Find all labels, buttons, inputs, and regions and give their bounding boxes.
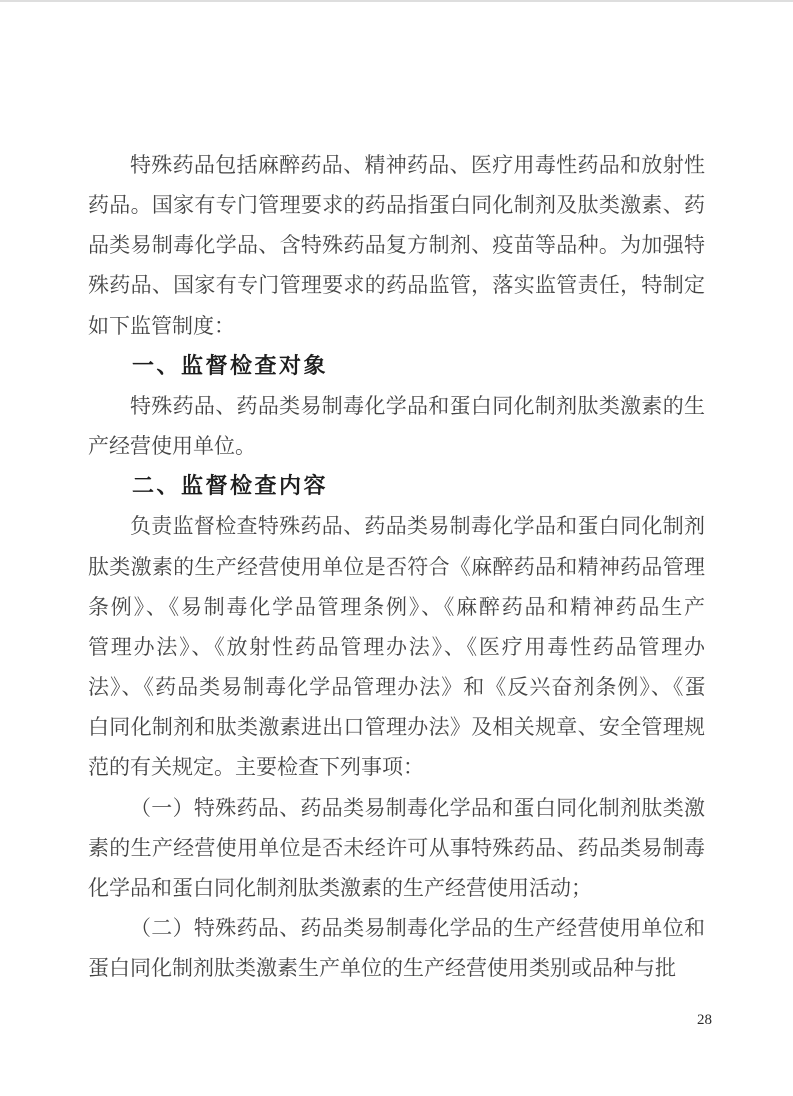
text-line: 白同化制剂和肽类激素进出口管理办法》及相关规章、安全管理规 [88, 707, 705, 747]
text-line: 如下监管制度： [88, 306, 705, 346]
text-line: 范的有关规定。主要检查下列事项： [88, 747, 705, 787]
section-heading: 一、监督检查对象 [88, 346, 705, 386]
text-line: 药品。国家有专门管理要求的药品指蛋白同化制剂及肽类激素、药 [88, 185, 705, 225]
page-edge-line [0, 0, 793, 2]
text-line: 肽类激素的生产经营使用单位是否符合《麻醉药品和精神药品管理 [88, 547, 705, 587]
section-heading: 二、监督检查内容 [88, 466, 705, 506]
text-line: （二）特殊药品、药品类易制毒化学品的生产经营使用单位和 [88, 908, 705, 948]
text-line: 特殊药品、药品类易制毒化学品和蛋白同化制剂肽类激素的生 [88, 386, 705, 426]
text-line: 条例》、《易制毒化学品管理条例》、《麻醉药品和精神药品生产 [88, 587, 705, 627]
page-number: 28 [697, 1010, 712, 1030]
text-line: 法》、《药品类易制毒化学品管理办法》和《反兴奋剂条例》、《蛋 [88, 667, 705, 707]
text-line: 殊药品、国家有专门管理要求的药品监管，落实监管责任，特制定 [88, 265, 705, 305]
text-line: 素的生产经营使用单位是否未经许可从事特殊药品、药品类易制毒 [88, 828, 705, 868]
text-line: 特殊药品包括麻醉药品、精神药品、医疗用毒性药品和放射性 [88, 145, 705, 185]
document-text-block: 特殊药品包括麻醉药品、精神药品、医疗用毒性药品和放射性药品。国家有专门管理要求的… [88, 145, 705, 988]
text-line: 化学品和蛋白同化制剂肽类激素的生产经营使用活动； [88, 868, 705, 908]
text-line: 负责监督检查特殊药品、药品类易制毒化学品和蛋白同化制剂 [88, 506, 705, 546]
text-line: 管理办法》、《放射性药品管理办法》、《医疗用毒性药品管理办 [88, 627, 705, 667]
text-line: （一）特殊药品、药品类易制毒化学品和蛋白同化制剂肽类激 [88, 788, 705, 828]
document-page: 特殊药品包括麻醉药品、精神药品、医疗用毒性药品和放射性药品。国家有专门管理要求的… [0, 0, 793, 1096]
text-line: 蛋白同化制剂肽类激素生产单位的生产经营使用类别或品种与批 [88, 948, 705, 988]
text-line: 品类易制毒化学品、含特殊药品复方制剂、疫苗等品种。为加强特 [88, 225, 705, 265]
text-line: 产经营使用单位。 [88, 426, 705, 466]
